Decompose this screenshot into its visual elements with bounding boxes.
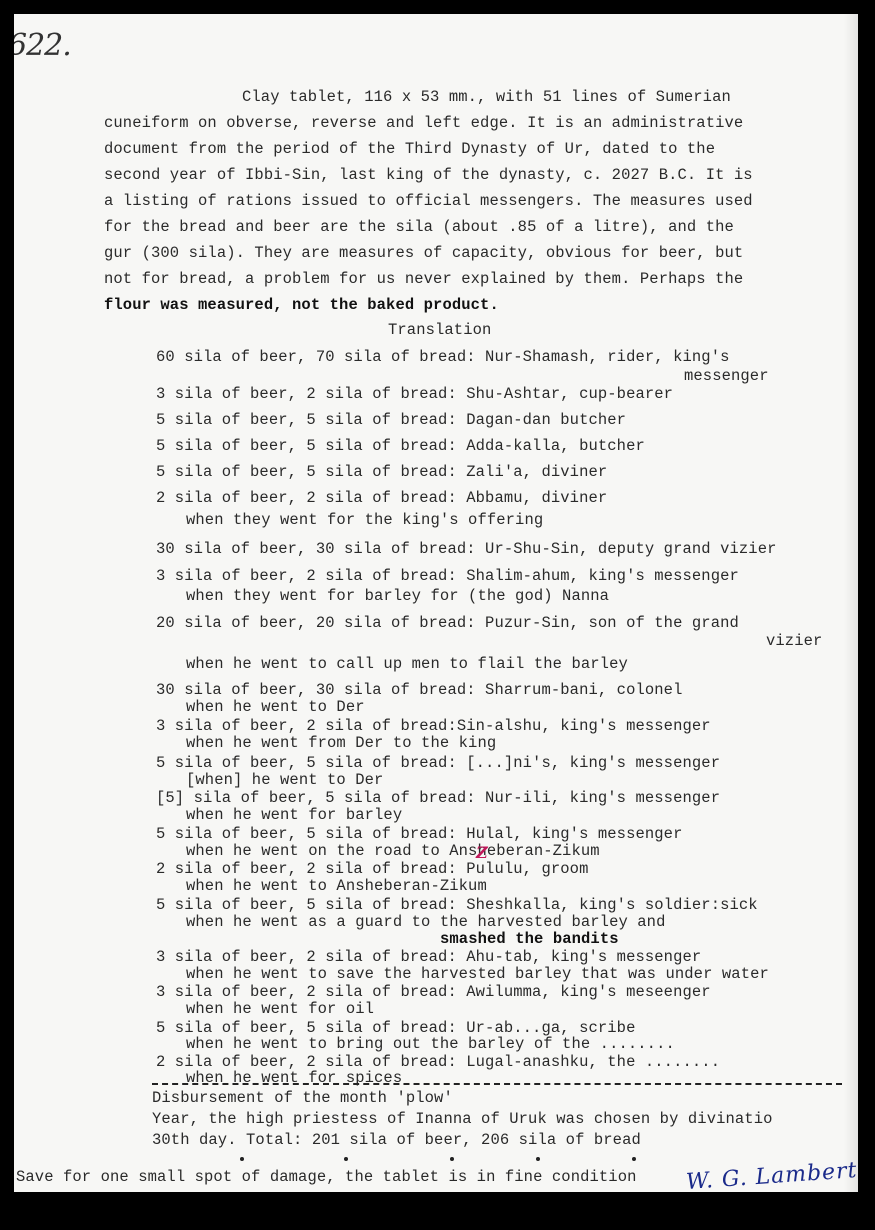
description-line: a listing of rations issued to official … — [104, 192, 753, 210]
translation-line: [5] sila of beer, 5 sila of bread: Nur-i… — [156, 789, 720, 807]
description-line: not for bread, a problem for us never ex… — [104, 270, 743, 288]
description-line: gur (300 sila). They are measures of cap… — [104, 244, 743, 262]
translation-line: when he went on the road to Ansheberan-Z… — [186, 842, 600, 860]
typed-document-page: 622. Clay tablet, 116 x 53 mm., with 51 … — [14, 14, 858, 1192]
signature: W. G. Lambert — [685, 1158, 858, 1192]
translation-line: 2 sila of beer, 2 sila of bread: Pululu,… — [156, 860, 588, 878]
translation-line: 5 sila of beer, 5 sila of bread: Adda-ka… — [156, 437, 645, 455]
translation-line: when he went for oil — [186, 1000, 374, 1018]
translation-line: 3 sila of beer, 2 sila of bread:Sin-alsh… — [156, 717, 711, 735]
translation-line: 5 sila of beer, 5 sila of bread: Sheshka… — [156, 896, 758, 914]
translation-line: 3 sila of beer, 2 sila of bread: Awilumm… — [156, 983, 711, 1001]
translation-line: when he went to bring out the barley of … — [186, 1035, 675, 1053]
translation-line: when they went for barley for (the god) … — [186, 587, 609, 605]
translation-heading: Translation — [388, 321, 491, 339]
description-line: second year of Ibbi-Sin, last king of th… — [104, 166, 753, 184]
translation-line: when he went for barley — [186, 806, 402, 824]
translation-line: 5 sila of beer, 5 sila of bread: Hulal, … — [156, 825, 682, 843]
description-line: cuneiform on obverse, reverse and left e… — [104, 114, 743, 132]
translation-line: when he went from Der to the king — [186, 734, 496, 752]
correction-mark: Z — [476, 843, 488, 862]
translation-line: 3 sila of beer, 2 sila of bread: Shu-Ash… — [156, 385, 673, 403]
footer-line: Year, the high priestess of Inanna of Ur… — [152, 1110, 773, 1128]
handwritten-page-number: 622. — [14, 28, 71, 63]
translation-line: 5 sila of beer, 5 sila of bread: [...]ni… — [156, 754, 720, 772]
dot-marker — [240, 1157, 244, 1161]
translation-line: 60 sila of beer, 70 sila of bread: Nur-S… — [156, 348, 730, 366]
condition-note: Save for one small spot of damage, the t… — [16, 1168, 637, 1186]
translation-line: 30 sila of beer, 30 sila of bread: Ur-Sh… — [156, 540, 777, 558]
translation-line: 30 sila of beer, 30 sila of bread: Sharr… — [156, 681, 682, 699]
translation-line: when he went to Ansheberan-Zikum — [186, 877, 487, 895]
dot-marker — [450, 1157, 454, 1161]
translation-line: vizier — [766, 632, 822, 650]
translation-line: 20 sila of beer, 20 sila of bread: Puzur… — [156, 614, 739, 632]
translation-line: 3 sila of beer, 2 sila of bread: Shalim-… — [156, 567, 739, 585]
dot-marker — [536, 1157, 540, 1161]
description-line: Clay tablet, 116 x 53 mm., with 51 lines… — [242, 88, 731, 106]
translation-line: [when] he went to Der — [186, 771, 383, 789]
dot-marker — [344, 1157, 348, 1161]
translation-line: when he went to save the harvested barle… — [186, 965, 769, 983]
translation-line: when he went to Der — [186, 698, 365, 716]
dot-marker — [632, 1157, 636, 1161]
description-line: for the bread and beer are the sila (abo… — [104, 218, 734, 236]
translation-line: when they went for the king's offering — [186, 511, 543, 529]
translation-line: when he went as a guard to the harvested… — [186, 913, 665, 931]
translation-line: when he went to call up men to flail the… — [186, 655, 628, 673]
translation-line: 2 sila of beer, 2 sila of bread: Abbamu,… — [156, 489, 607, 507]
description-line: document from the period of the Third Dy… — [104, 140, 715, 158]
translation-line: 5 sila of beer, 5 sila of bread: Dagan-d… — [156, 411, 626, 429]
footer-line: Disbursement of the month 'plow' — [152, 1089, 453, 1107]
description-line: flour was measured, not the baked produc… — [104, 296, 499, 314]
divider-rule — [152, 1083, 842, 1085]
translation-line: smashed the bandits — [440, 930, 619, 948]
translation-line: 3 sila of beer, 2 sila of bread: Ahu-tab… — [156, 948, 701, 966]
translation-line: 5 sila of beer, 5 sila of bread: Zali'a,… — [156, 463, 607, 481]
footer-line: 30th day. Total: 201 sila of beer, 206 s… — [152, 1131, 641, 1149]
translation-line: messenger — [684, 367, 769, 385]
